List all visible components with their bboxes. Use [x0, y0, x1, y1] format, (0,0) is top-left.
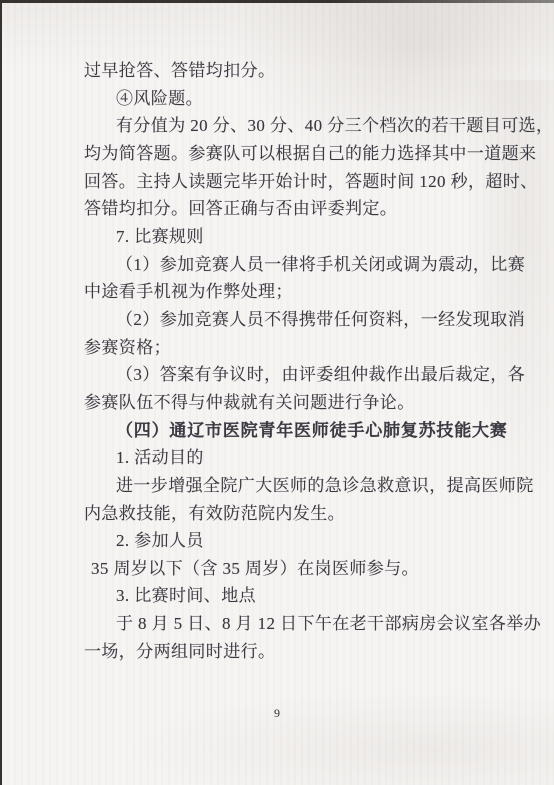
text-line: 1. 活动目的 [84, 444, 494, 472]
section-heading: （四）通辽市医院青年医师徒手心肺复苏技能大赛 [84, 417, 494, 445]
text-line: 进一步增强全院广大医师的急诊急救意识，提高医师院 [84, 472, 494, 500]
text-line: 35 周岁以下（含 35 周岁）在岗医师参与。 [84, 555, 494, 583]
scan-artifact-bottom [120, 690, 554, 785]
scan-edge-top [0, 0, 554, 3]
text-line: 答错均扣分。回答正确与否由评委判定。 [84, 195, 494, 223]
text-line: （2）参加竞赛人员不得携带任何资料，一经发现取消 [84, 306, 494, 334]
text-line: 2. 参加人员 [84, 527, 494, 555]
text-line: 中途看手机视为作弊处理； [84, 278, 494, 306]
scan-edge-left [0, 0, 2, 785]
text-line: （1）参加竞赛人员一律将手机关闭或调为震动，比赛 [84, 251, 494, 279]
text-line: 内急救技能，有效防范院内发生。 [84, 500, 494, 528]
text-line: 参赛队伍不得与仲裁就有关问题进行争论。 [84, 389, 494, 417]
document-text: 过早抢答、答错均扣分。 ④风险题。 有分值为 20 分、30 分、40 分三个档… [84, 57, 494, 665]
text-line: 回答。主持人读题完毕开始计时，答题时间 120 秒，超时、 [84, 168, 494, 196]
page-number: 9 [265, 706, 289, 721]
text-line: 过早抢答、答错均扣分。 [84, 57, 494, 85]
text-line: 于 8 月 5 日、8 月 12 日下午在老干部病房会议室各举办 [84, 610, 494, 638]
text-line: 均为简答题。参赛队可以根据自己的能力选择其中一道题来 [84, 140, 494, 168]
scanned-document-page: 过早抢答、答错均扣分。 ④风险题。 有分值为 20 分、30 分、40 分三个档… [0, 0, 554, 785]
text-line: 一场，分两组同时进行。 [84, 638, 494, 666]
text-line: 有分值为 20 分、30 分、40 分三个档次的若干题目可选， [84, 112, 494, 140]
text-line: （3）答案有争议时，由评委组仲裁作出最后裁定，各 [84, 361, 494, 389]
text-line: ④风险题。 [84, 85, 494, 113]
text-line: 3. 比赛时间、地点 [84, 582, 494, 610]
text-line: 参赛资格； [84, 334, 494, 362]
text-line: 7. 比赛规则 [84, 223, 494, 251]
